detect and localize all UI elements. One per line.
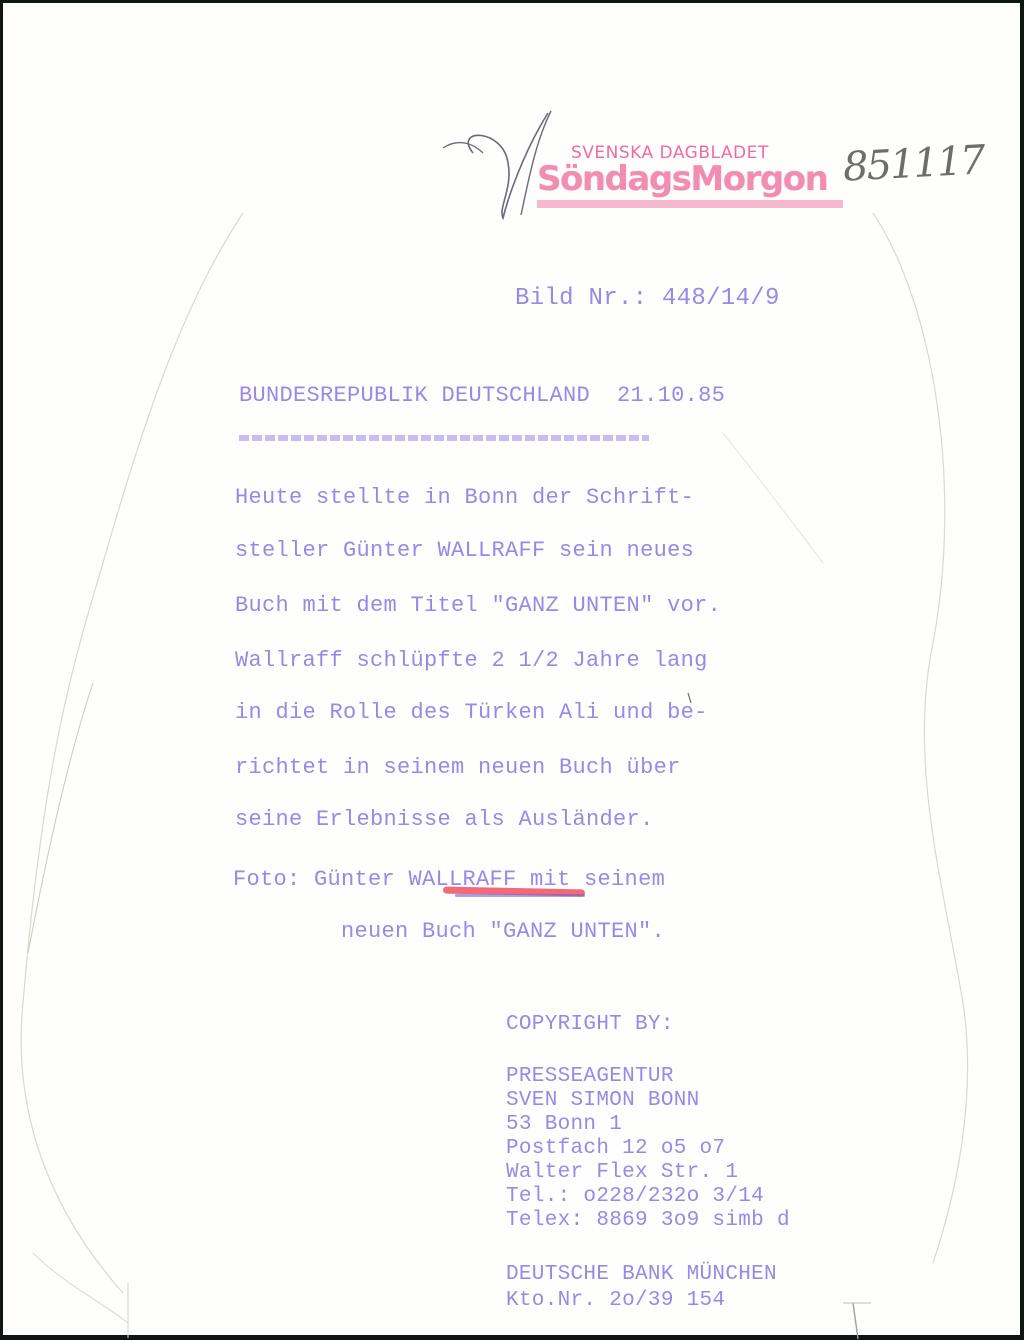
bank-line: Kto.Nr. 2o/39 154: [506, 1289, 725, 1312]
stamp-bar: [537, 200, 843, 208]
copyright-line: PRESSEAGENTUR: [506, 1065, 674, 1088]
caption-line: richtet in seinem neuen Buch über: [235, 755, 681, 780]
dateline-headline: BUNDESREPUBLIK DEUTSCHLAND 21.10.85: [239, 383, 725, 408]
copyright-line: Postfach 12 o5 o7: [506, 1137, 725, 1160]
caption-line: in die Rolle des Türken Ali und be-: [235, 700, 708, 725]
stamp-edition: SöndagsMorgon: [537, 159, 827, 199]
blue-pen-underline: [455, 894, 585, 897]
photo-caption-line: neuen Buch "GANZ UNTEN".: [341, 919, 665, 944]
newspaper-stamp: SVENSKA DAGBLADET SöndagsMorgon: [535, 143, 845, 213]
caption-line: Wallraff schlüpfte 2 1/2 Jahre lang: [235, 648, 708, 673]
caption-line: seine Erlebnisse als Ausländer.: [235, 807, 654, 832]
copyright-line: Tel.: o228/232o 3/14: [506, 1185, 764, 1208]
copyright-line: 53 Bonn 1: [506, 1113, 622, 1136]
copyright-line: SVEN SIMON BONN: [506, 1089, 700, 1112]
document-page: SVENSKA DAGBLADET SöndagsMorgon 851117 B…: [0, 0, 1024, 1340]
copyright-line: Telex: 8869 3o9 simb d: [506, 1209, 790, 1232]
caption-line: Heute stellte in Bonn der Schrift-: [235, 485, 694, 510]
handwritten-date: 851117: [842, 137, 985, 190]
caption-line: Buch mit dem Titel "GANZ UNTEN" vor.: [235, 593, 721, 618]
typed-underline-rule: [239, 435, 649, 441]
picture-number: Bild Nr.: 448/14/9: [515, 285, 780, 312]
copyright-label: COPYRIGHT BY:: [506, 1013, 674, 1036]
copyright-line: Walter Flex Str. 1: [506, 1161, 738, 1184]
bank-line: DEUTSCHE BANK MÜNCHEN: [506, 1263, 777, 1286]
caption-line: steller Günter WALLRAFF sein neues: [235, 538, 694, 563]
